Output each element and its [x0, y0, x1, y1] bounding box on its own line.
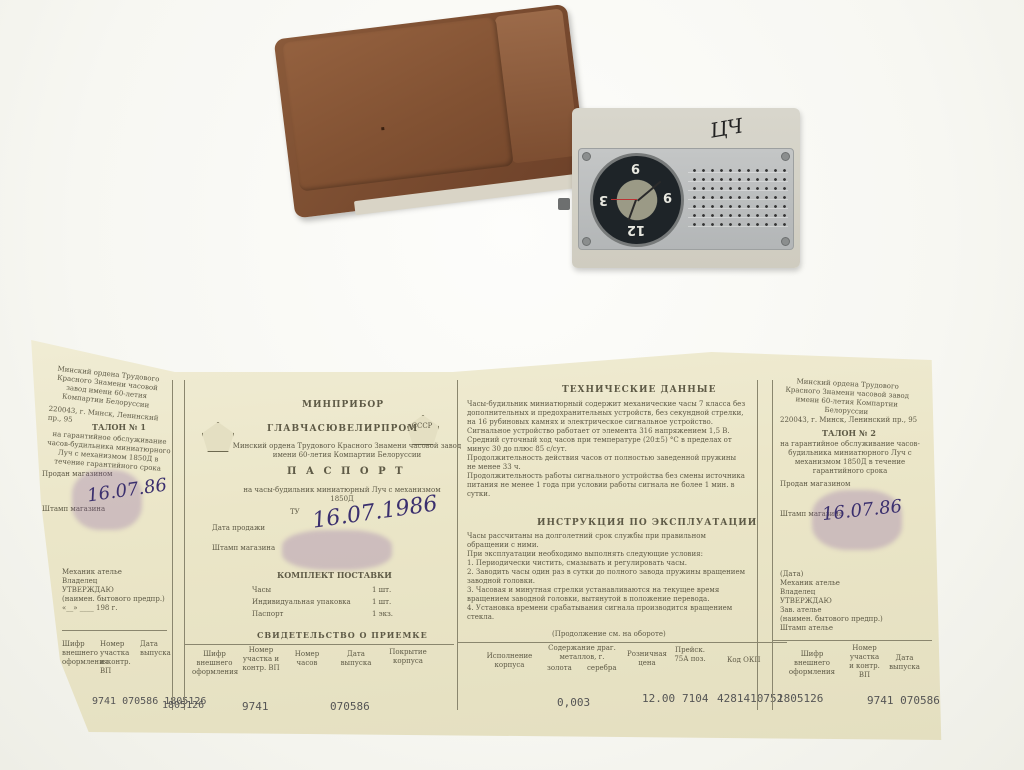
- instruction-item: При эксплуатации необходимо выполнять сл…: [467, 550, 747, 559]
- tu-label: ТУ: [290, 508, 300, 517]
- tech-paragraphs: Часы-будильник миниатюрный содержит меха…: [467, 400, 747, 499]
- photo-scene: ЦЧ 9 3 6 12 Минский ордена Трудового Кра…: [0, 0, 1024, 770]
- tech-value: 0,003: [557, 696, 590, 709]
- tech-table-header: Код ОКП: [727, 656, 760, 665]
- acceptance-value: 9741: [242, 700, 269, 713]
- dial-number: 12: [627, 222, 645, 237]
- divider: [457, 642, 787, 643]
- right-coupon-sold: Продан магазином: [780, 480, 850, 489]
- sale-date-label: Дата продажи: [212, 524, 265, 533]
- acceptance-value: 1805126: [162, 700, 204, 711]
- left-coupon-text: на гарантийное обслуживание часов-будиль…: [45, 430, 172, 475]
- screw-icon: [781, 237, 790, 246]
- tech-value: 4281410752: [717, 692, 783, 705]
- right-coupon-fields: (Дата) Механик ателье Владелец УТВЕРЖДАЮ…: [780, 570, 920, 633]
- acceptance-header: Номер участка и контр. ВП: [240, 646, 282, 673]
- tech-table-header: Прейск. 75А поз.: [672, 646, 708, 664]
- right-table-header: Дата выпуска: [887, 654, 922, 672]
- tech-table-header: серебра: [587, 664, 617, 673]
- tech-table-header: золота: [547, 664, 572, 673]
- left-coupon-fields: Механик ателье Владелец УТВЕРЖДАЮ (наиме…: [62, 568, 172, 613]
- left-coupon-title: ТАЛОН № 1: [92, 422, 146, 432]
- leather-case: [270, 0, 595, 228]
- left-coupon-org: Минский ордена Трудового Красного Знамен…: [50, 364, 163, 411]
- center-org: Минский ордена Трудового Красного Знамен…: [232, 442, 462, 460]
- speaker-grille: [690, 166, 786, 232]
- field-label: (наимен. бытового предпр.): [780, 615, 920, 624]
- tech-value: 7104: [682, 692, 709, 705]
- right-coupon-address: 220043, г. Минск, Ленинский пр., 95: [780, 416, 920, 425]
- ministry: МИНПРИБОР: [302, 400, 384, 410]
- divider: [172, 380, 173, 710]
- shop-stamp-label: Штамп магазина: [212, 544, 275, 553]
- divider: [757, 380, 758, 710]
- dial-number: 9: [631, 160, 640, 175]
- field-label: Механик ателье: [780, 579, 920, 588]
- dial-number: 3: [599, 192, 608, 207]
- instruction-item: Часы рассчитаны на долголетний срок служ…: [467, 532, 747, 550]
- crown-knob-icon: [558, 198, 570, 210]
- kit-title: КОМПЛЕКТ ПОСТАВКИ: [277, 570, 392, 580]
- tech-paragraph: Продолжительность работы сигнального уст…: [467, 472, 747, 499]
- alarm-hand: [611, 199, 637, 200]
- divider: [772, 380, 773, 710]
- acceptance-header: Дата выпуска: [332, 650, 380, 668]
- field-label: Владелец: [62, 577, 172, 586]
- divider: [184, 380, 185, 710]
- field-label: (Дата): [780, 570, 920, 579]
- case-flap: [282, 17, 514, 192]
- right-table-header: Шифр внешнего оформления: [787, 650, 837, 677]
- field-label: УТВЕРЖДАЮ: [62, 586, 172, 595]
- screw-icon: [582, 152, 591, 161]
- divider: [772, 640, 932, 641]
- instruction-item: 3. Часовая и минутная стрелки устанавлив…: [467, 586, 747, 604]
- instruction-item: 2. Заводить часы один раз в сутки до пол…: [467, 568, 747, 586]
- acceptance-header: Номер часов: [287, 650, 327, 668]
- right-table-value: 9741 070586: [867, 694, 940, 707]
- right-table-value: 1805126: [777, 692, 823, 705]
- left-table-header: Дата выпуска: [140, 640, 170, 658]
- alarm-clock: ЦЧ 9 3 6 12: [572, 108, 800, 268]
- tech-table-header: Исполнение корпуса: [482, 652, 537, 670]
- right-coupon-title: ТАЛОН № 2: [822, 428, 876, 438]
- kit-qty: 1 шт.: [372, 598, 391, 607]
- right-coupon-text: на гарантийное обслуживание часов-будиль…: [780, 440, 920, 476]
- passport-title: П А С П О Р Т: [287, 466, 406, 477]
- divider: [457, 380, 458, 710]
- case-mark: [381, 127, 384, 130]
- factory-logo-icon: [202, 422, 234, 452]
- field-label: «__» ____ 198 г.: [62, 604, 172, 613]
- tech-paragraph: Продолжительность действия часов от полн…: [467, 454, 747, 472]
- field-label: Зав. ателье: [780, 606, 920, 615]
- divider: [184, 644, 454, 645]
- field-label: (наимен. бытового предпр.): [62, 595, 172, 604]
- purple-stamp: [282, 530, 392, 570]
- instruction-item: 4. Установка времени срабатывания сигнал…: [467, 604, 747, 622]
- kit-item: Паспорт: [252, 610, 283, 619]
- signature: ЦЧ: [708, 113, 745, 142]
- acceptance-value: 070586: [330, 700, 370, 713]
- tech-title: ТЕХНИЧЕСКИЕ ДАННЫЕ: [562, 385, 717, 395]
- field-label: Механик ателье: [62, 568, 172, 577]
- tech-paragraph: Часы-будильник миниатюрный содержит меха…: [467, 400, 747, 427]
- instructions: Часы рассчитаны на долголетний срок служ…: [467, 532, 747, 622]
- tech-paragraph: Сигнальное устройство работает от элемен…: [467, 427, 747, 436]
- dial-number: 6: [663, 192, 672, 207]
- minute-hand: [637, 181, 661, 202]
- left-table-header: Номер участка и контр. ВП: [100, 640, 135, 676]
- acceptance-title: СВИДЕТЕЛЬСТВО О ПРИЕМКЕ: [257, 630, 428, 640]
- passport-document: Минский ордена Трудового Красного Знамен…: [12, 340, 970, 740]
- clock-dial: 9 3 6 12: [590, 153, 684, 247]
- field-label: УТВЕРЖДАЮ: [780, 597, 920, 606]
- tech-value: 12.00: [642, 692, 675, 705]
- field-label: Штамп ателье: [780, 624, 920, 633]
- kit-item: Часы: [252, 586, 271, 595]
- right-table-header: Номер участка и контр. ВП: [847, 644, 882, 680]
- tech-table-header: Содержание драг. металлов, г.: [542, 644, 622, 662]
- department: ГЛАВЧАСЮВЕЛИРПРОМ: [267, 424, 418, 434]
- screw-icon: [582, 237, 591, 246]
- hour-hand: [628, 199, 637, 220]
- tech-table-header: Розничная цена: [627, 650, 667, 668]
- instruction-item: 1. Периодически чистить, смазывать и рег…: [467, 559, 747, 568]
- left-table-header: Шифр внешнего оформления: [62, 640, 92, 667]
- field-label: Владелец: [780, 588, 920, 597]
- kit-qty: 1 шт.: [372, 586, 391, 595]
- tech-paragraph: Средний суточный ход часов при температу…: [467, 436, 747, 454]
- screw-icon: [781, 152, 790, 161]
- acceptance-header: Покрытие корпуса: [384, 648, 432, 666]
- divider: [62, 630, 167, 631]
- kit-qty: 1 экз.: [372, 610, 393, 619]
- continued-note: (Продолжение см. на обороте): [552, 630, 666, 639]
- acceptance-header: Шифр внешнего оформления: [192, 650, 237, 677]
- kit-item: Индивидуальная упаковка: [252, 598, 351, 607]
- right-coupon-org: Минский ордена Трудового Красного Знамен…: [781, 377, 913, 420]
- instructions-title: ИНСТРУКЦИЯ ПО ЭКСПЛУАТАЦИИ: [537, 518, 757, 528]
